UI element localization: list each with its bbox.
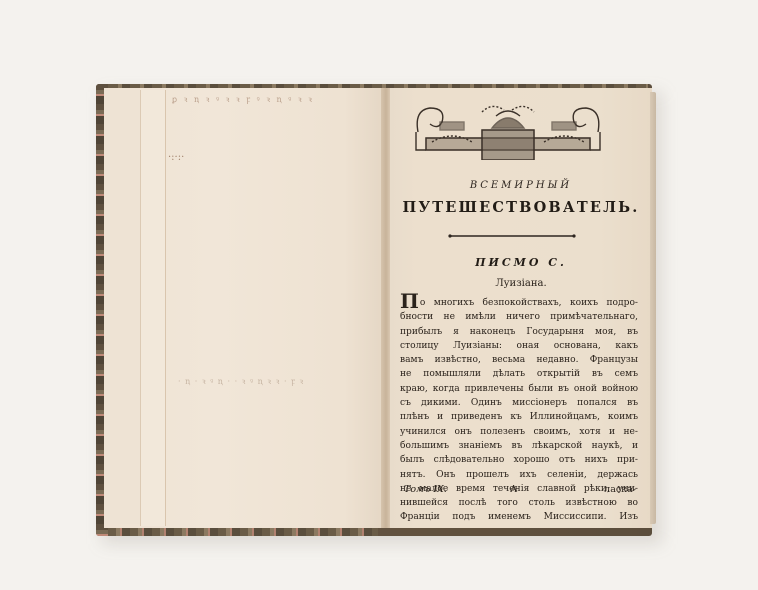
letter-heading: ПИСМО С. [390, 256, 652, 269]
book-title-line2: ПУТЕШЕСТВОВАТЕЛЬ. [390, 199, 652, 216]
text-line: плѣнъ и приведенъ къ Иллинойцамъ, коимъ [400, 410, 638, 424]
signature-mark: А [510, 484, 517, 495]
text-line: не помышляли дѣлать открытій въ семъ [400, 367, 638, 381]
left-pastedown [104, 90, 141, 524]
text-line: краю, когда привлечены были въ оной войн… [400, 382, 638, 396]
text-line: нившейся послѣ того столь извѣстною во [400, 496, 638, 510]
left-page-ink-mark: ·:·:· [168, 152, 184, 163]
text-line: учинился онъ полезенъ своимъ, хотя и не- [400, 425, 638, 439]
text-line: столицу Луизіаны: оная основана, какъ [400, 339, 638, 353]
text-line: Франціи подъ именемъ Миссиссипи. Изъ [400, 510, 638, 524]
letter-subheading: Луизіана. [390, 278, 652, 289]
catchword: ласка- [604, 484, 636, 495]
decorative-urn-vignette-icon [412, 102, 604, 160]
text-line: былъ слѣдовательно хорошо отъ нихъ при- [400, 453, 638, 467]
text-line: прибылъ я наконецъ Государыня моя, въ [400, 325, 638, 339]
text-line: нятъ. Онъ прошелъ ихъ селеніи, держась [400, 468, 638, 482]
volume-signature: Томъ IX. [404, 484, 447, 495]
text-line: большимъ знаніемъ въ лѣкарской наукѣ, и [400, 439, 638, 453]
page-block-edge [650, 92, 656, 524]
text-line: вамъ извѣстно, весьма недавно. Французы [400, 353, 638, 367]
text-line: съ дикими. Одинъ миссіонеръ попался въ [400, 396, 638, 410]
text-line: По многихъ безпокойствахъ, коихъ подро- [400, 294, 638, 310]
ornamental-rule-icon [448, 234, 576, 238]
left-page-ink-bleed-top: ꝑ ꝛ ꞑ ꝛ ꝰ ꝛ ꝛ ꝼ ꝰ ꝛ ꞑ ꝰ ꝛ ꝛ [172, 94, 382, 104]
left-page-hinge-strip [140, 90, 166, 526]
book-title-line1: ВСЕМИРНЫЙ [390, 180, 652, 191]
text-line: бности не имѣли ничего примѣчательнаго, [400, 310, 638, 324]
left-page-ink-bleed-low: · ꞑ · ꝛ ꝰ ꞑ · · ꝛ ꝰ ꞑ ꝛ ꝛ · ꝼ ꝛ [178, 376, 383, 387]
